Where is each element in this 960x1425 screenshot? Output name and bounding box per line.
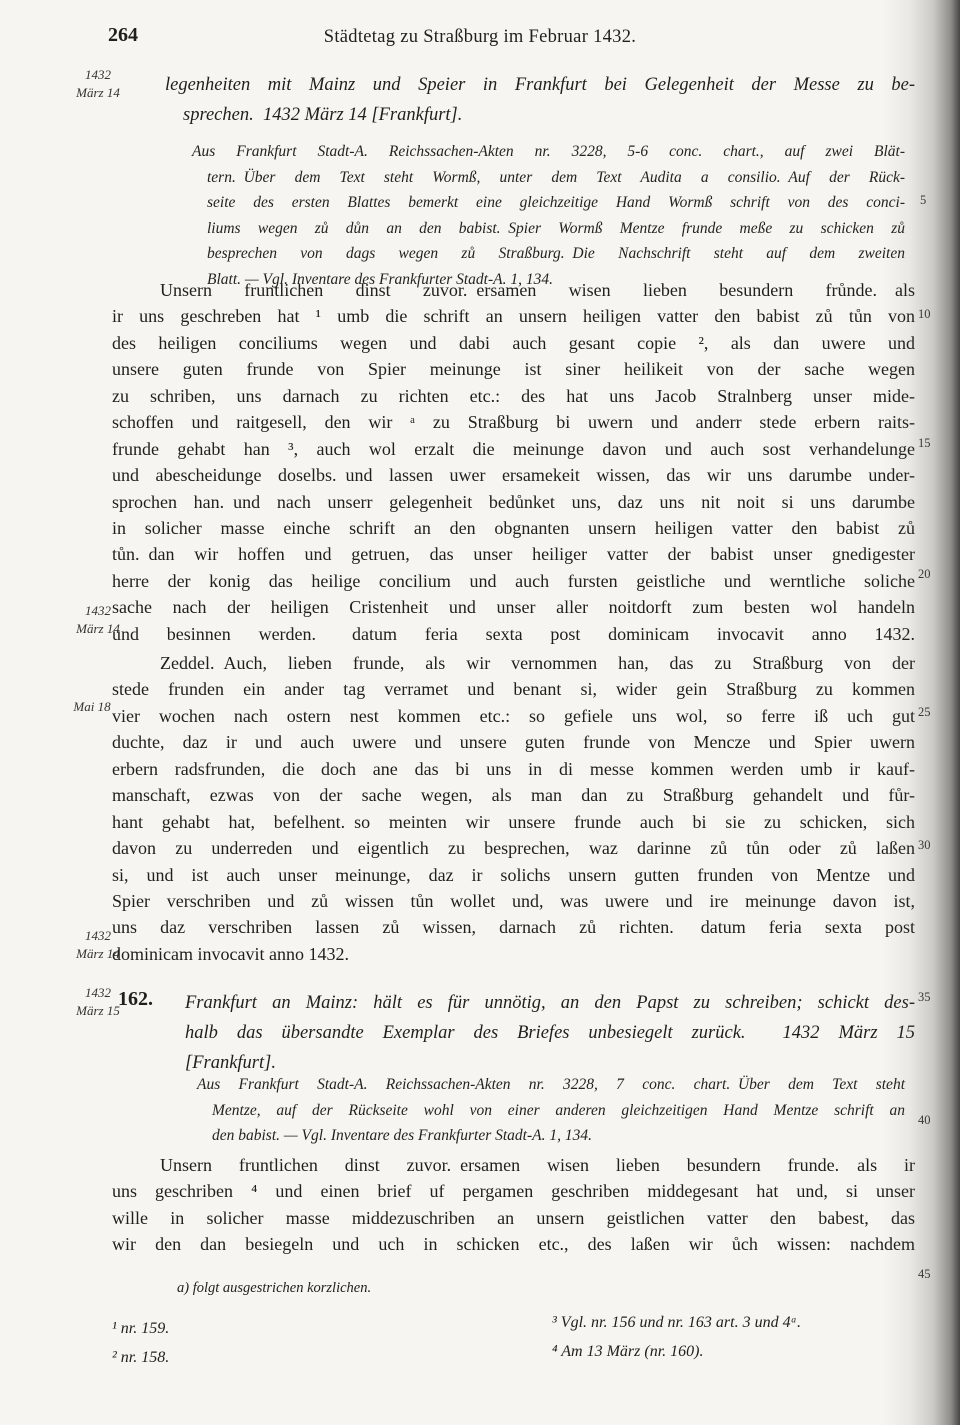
text-line: unsere guten frunde von Spier meinunge i… bbox=[112, 356, 915, 382]
running-title: Städtetag zu Straßburg im Februar 1432. bbox=[180, 27, 780, 48]
line-number: 10 bbox=[918, 307, 948, 322]
text-line: Spier verschriben und zů wissen tůn woll… bbox=[112, 888, 915, 914]
footnote-4: ⁴ Am 13 März (nr. 160). bbox=[552, 1343, 704, 1361]
text-line: Unsern fruntlichen dinst zuvor. ersamen … bbox=[112, 277, 915, 303]
text-line: und abescheidunge doselbs. und lassen uw… bbox=[112, 462, 915, 488]
entry-number-162: 162. bbox=[118, 988, 153, 1011]
text-line: halb das übersandte Exemplar des Briefes… bbox=[185, 1018, 915, 1048]
line-number: 40 bbox=[918, 1113, 948, 1128]
text-line: uns geschriben ⁴ und einen brief uf perg… bbox=[112, 1178, 915, 1204]
text-line: Aus Frankfurt Stadt-A. Reichssachen-Akte… bbox=[212, 1072, 905, 1098]
line-number: 20 bbox=[918, 567, 948, 582]
footnote-1: ¹ nr. 159. bbox=[112, 1320, 169, 1338]
regest-entry-161: legenheiten mit Mainz und Speier in Fran… bbox=[183, 70, 915, 130]
text-line: erbern radsfrunden, die doch ane das bi … bbox=[112, 756, 915, 782]
text-line: stede frunden ein ander tag verramet und… bbox=[112, 676, 915, 702]
source-note-entry-162: Aus Frankfurt Stadt-A. Reichssachen-Akte… bbox=[212, 1072, 905, 1149]
text-line: tůn. dan wir hoffen und getruen, das uns… bbox=[112, 541, 915, 567]
scanned-book-page: 264 Städtetag zu Straßburg im Februar 14… bbox=[0, 0, 960, 1425]
letter-body-entry-161: Unsern fruntlichen dinst zuvor. ersamen … bbox=[112, 277, 915, 647]
text-line: duchte, daz ir und auch uwere und unsere… bbox=[112, 729, 915, 755]
line-number: 45 bbox=[918, 1267, 948, 1282]
page-number: 264 bbox=[108, 24, 138, 47]
line-number: 35 bbox=[918, 990, 948, 1005]
text-line: davon zu underreden und eigentlich zu be… bbox=[112, 835, 915, 861]
text-line: in solicher masse einche schrift an den … bbox=[112, 515, 915, 541]
text-line: sprechen. 1432 März 14 [Frankfurt]. bbox=[183, 100, 915, 130]
text-line: liums wegen zů důn an den babist. Spier … bbox=[207, 216, 905, 242]
text-line: wir den dan besiegeln und uch in schicke… bbox=[112, 1231, 915, 1257]
text-line: schoffen und raitgesell, den wir ᵃ zu St… bbox=[112, 409, 915, 435]
apparatus-note-a: a) folgt ausgestrichen korzlichen. bbox=[177, 1280, 371, 1297]
text-line: den babist. — Vgl. Inventare des Frankfu… bbox=[212, 1123, 905, 1149]
line-number: 25 bbox=[918, 705, 948, 720]
text-line: hant gehabt hat, befelhent. so meinten w… bbox=[112, 809, 915, 835]
text-line: sache nach der heiligen Cristenheit und … bbox=[112, 594, 915, 620]
text-line: Aus Frankfurt Stadt-A. Reichssachen-Akte… bbox=[207, 139, 905, 165]
text-line: Unsern fruntlichen dinst zuvor. ersamen … bbox=[112, 1152, 915, 1178]
text-line: seite des ersten Blattes bemerkt eine gl… bbox=[207, 190, 905, 216]
text-line: Zeddel. Auch, lieben frunde, als wir ver… bbox=[112, 650, 915, 676]
margin-date-note: 1432März 14 bbox=[48, 66, 148, 102]
text-line: manschaft, ezwas von der sache wegen, al… bbox=[112, 782, 915, 808]
regest-entry-162: Frankfurt an Mainz: hält es für unnötig,… bbox=[185, 988, 915, 1078]
text-line: 1432 bbox=[48, 66, 148, 84]
footnote-3: ³ Vgl. nr. 156 und nr. 163 art. 3 und 4ᵃ… bbox=[552, 1314, 801, 1332]
text-line: uns daz verschriben lassen zů wissen, da… bbox=[112, 914, 915, 940]
text-line: vier wochen nach ostern nest kommen etc.… bbox=[112, 703, 915, 729]
text-line: März 14 bbox=[48, 84, 148, 102]
text-line: ir uns geschreben hat ¹ umb die schrift … bbox=[112, 303, 915, 329]
source-note-entry-161: Aus Frankfurt Stadt-A. Reichssachen-Akte… bbox=[207, 139, 905, 292]
text-line: legenheiten mit Mainz und Speier in Fran… bbox=[183, 70, 915, 100]
text-line: dominicam invocavit anno 1432. bbox=[112, 941, 915, 967]
letter-body-entry-162: Unsern fruntlichen dinst zuvor. ersamen … bbox=[112, 1152, 915, 1258]
text-line: des heiligen conciliums wegen und dabi a… bbox=[112, 330, 915, 356]
text-line: Mentze, auf der Rückseite wohl von einer… bbox=[212, 1098, 905, 1124]
text-line: tern. Über dem Text steht Wormß, unter d… bbox=[207, 165, 905, 191]
text-line: si, und ist auch unser meinunge, daz ir … bbox=[112, 862, 915, 888]
text-line: frunde gehabt han ³, auch wol erzalt die… bbox=[112, 436, 915, 462]
text-line: Frankfurt an Mainz: hält es für unnötig,… bbox=[185, 988, 915, 1018]
line-number: 5 bbox=[920, 193, 950, 208]
footnote-2: ² nr. 158. bbox=[112, 1349, 169, 1367]
text-line: und besinnen werden. datum feria sexta p… bbox=[112, 621, 915, 647]
zeddel-postscript-entry-161: Zeddel. Auch, lieben frunde, als wir ver… bbox=[112, 650, 915, 967]
text-line: sprochen han. und nach unserr gelegenhei… bbox=[112, 489, 915, 515]
line-number: 30 bbox=[918, 838, 948, 853]
text-line: zu schriben, uns darnach zu richten etc.… bbox=[112, 383, 915, 409]
text-line: wille in solicher masse middezuschriben … bbox=[112, 1205, 915, 1231]
text-line: besprechen von dags wegen zů Straßburg. … bbox=[207, 241, 905, 267]
text-line: herre der konig das heilige concilium un… bbox=[112, 568, 915, 594]
line-number: 15 bbox=[918, 436, 948, 451]
